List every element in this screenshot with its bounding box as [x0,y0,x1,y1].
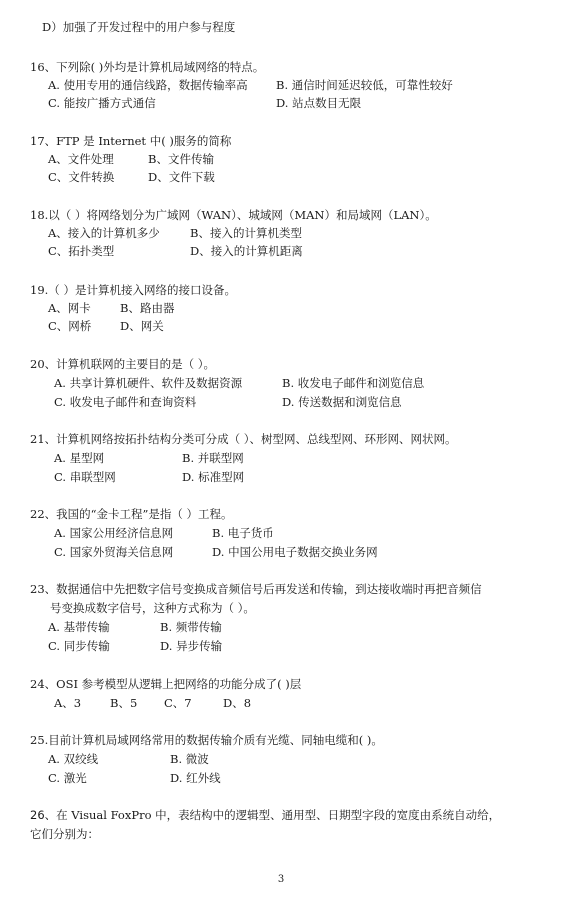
question-26: 26、在 Visual FoxPro 中，表结构中的逻辑型、通用型、日期型字段的… [30,808,500,822]
q24-option-d: D、8 [223,696,251,710]
question-stem: OSI 参考模型从逻辑上把网络的功能分成了( )层 [56,677,301,691]
q22-option-c: C. 国家外贸海关信息网 [54,545,173,559]
question-16: 16、下列除( )外均是计算机局域网络的特点。 [30,60,264,74]
q17-option-c: C、文件转换 [48,170,114,184]
question-stem: 我国的“金卡工程”是指（ ）工程。 [56,507,232,521]
q25-option-c: C. 激光 [48,771,87,785]
q16-option-d: D. 站点数目无限 [276,96,361,110]
question-19: 19.（ ）是计算机接入网络的接口设备。 [30,283,236,297]
q21-option-b: B. 并联型网 [182,451,244,465]
page-number: 3 [0,874,562,885]
question-stem: FTP 是 Internet 中( )服务的简称 [56,134,231,148]
q20-option-c: C. 收发电子邮件和查询资料 [54,395,196,409]
question-number: 18. [30,208,48,222]
question-number: 16、 [30,60,56,74]
q20-option-b: B. 收发电子邮件和浏览信息 [282,376,424,390]
question-number: 19. [30,283,48,297]
q21-option-c: C. 串联型网 [54,470,116,484]
question-number: 25. [30,733,48,747]
q24-option-c: C、7 [164,696,192,710]
q20-option-d: D. 传送数据和浏览信息 [282,395,402,409]
q25-option-d: D. 红外线 [170,771,221,785]
question-stem: 以（ ）将网络划分为广域网（WAN）、城域网（MAN）和局域网（LAN）。 [48,208,436,222]
q16-option-b: B. 通信时间延迟较低，可靠性较好 [276,78,453,92]
question-stem: 数据通信中先把数字信号变换成音频信号后再发送和传输，到达接收端时再把音频信 [56,582,482,596]
q24-option-a: A、3 [54,696,81,710]
question-number: 20、 [30,357,56,371]
q19-option-d: D、网关 [120,319,164,333]
question-stem: （ ）是计算机接入网络的接口设备。 [48,283,236,297]
q23-option-c: C. 同步传输 [48,639,110,653]
q21-option-d: D. 标准型网 [182,470,244,484]
q18-option-a: A、接入的计算机多少 [48,226,160,240]
question-20: 20、计算机联网的主要目的是（ ）。 [30,357,215,371]
question-stem: 目前计算机局域网络常用的数据传输介质有光缆、同轴电缆和( )。 [48,733,383,747]
q16-option-a: A. 使用专用的通信线路，数据传输率高 [48,78,248,92]
question-number: 23、 [30,582,56,596]
q23-option-d: D. 异步传输 [160,639,222,653]
question-24: 24、OSI 参考模型从逻辑上把网络的功能分成了( )层 [30,677,301,691]
q22-option-a: A. 国家公用经济信息网 [54,526,173,540]
question-23-continued: 号变换成数字信号，这种方式称为（ ）。 [50,601,255,615]
q19-option-a: A、网卡 [48,301,91,315]
q24-option-b: B、5 [110,696,137,710]
question-stem: 计算机网络按拓扑结构分类可分成（ ）、树型网、总线型网、环形网、网状网。 [56,432,456,446]
q19-option-c: C、网桥 [48,319,91,333]
question-number: 26、 [30,808,56,822]
previous-option-d: D）加强了开发过程中的用户参与程度 [42,20,235,34]
question-number: 22、 [30,507,56,521]
question-21: 21、计算机网络按拓扑结构分类可分成（ ）、树型网、总线型网、环形网、网状网。 [30,432,457,446]
question-number: 17、 [30,134,56,148]
q18-option-c: C、拓扑类型 [48,244,114,258]
question-number: 24、 [30,677,56,691]
question-stem: 在 Visual FoxPro 中，表结构中的逻辑型、通用型、日期型字段的宽度由… [56,808,500,822]
q23-option-a: A. 基带传输 [48,620,110,634]
q25-option-a: A. 双绞线 [48,752,98,766]
q21-option-a: A. 星型网 [54,451,104,465]
question-25: 25.目前计算机局域网络常用的数据传输介质有光缆、同轴电缆和( )。 [30,733,383,747]
q25-option-b: B. 微波 [170,752,209,766]
question-stem: 计算机联网的主要目的是（ ）。 [56,357,215,371]
question-23: 23、数据通信中先把数字信号变换成音频信号后再发送和传输，到达接收端时再把音频信 [30,582,482,596]
q22-option-d: D. 中国公用电子数据交换业务网 [212,545,378,559]
q16-option-c: C. 能按广播方式通信 [48,96,156,110]
question-18: 18.以（ ）将网络划分为广域网（WAN）、城域网（MAN）和局域网（LAN）。 [30,208,437,222]
q19-option-b: B、路由器 [120,301,174,315]
q17-option-d: D、文件下载 [148,170,215,184]
question-17: 17、FTP 是 Internet 中( )服务的简称 [30,134,231,148]
q20-option-a: A. 共享计算机硬件、软件及数据资源 [54,376,242,390]
question-22: 22、我国的“金卡工程”是指（ ）工程。 [30,507,233,521]
question-number: 21、 [30,432,56,446]
question-stem: 下列除( )外均是计算机局域网络的特点。 [56,60,264,74]
q17-option-b: B、文件传输 [148,152,214,166]
q22-option-b: B. 电子货币 [212,526,274,540]
q18-option-d: D、接入的计算机距离 [190,244,303,258]
q18-option-b: B、接入的计算机类型 [190,226,302,240]
q23-option-b: B. 频带传输 [160,620,222,634]
q17-option-a: A、文件处理 [48,152,114,166]
question-26-continued: 它们分别为： [30,827,99,841]
